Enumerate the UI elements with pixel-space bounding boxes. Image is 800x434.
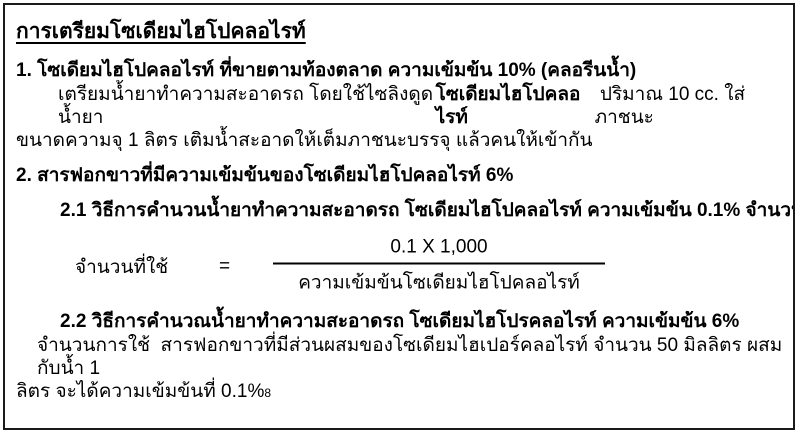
- formula-numerator: 0.1 X 1,000: [273, 237, 605, 265]
- formula-label: จำนวนที่ใช้: [75, 252, 168, 282]
- section-1-body-line-1: เตรียมน้ำยาทำความสะอาดรถ โดยใช้ไซลิงดูดน…: [16, 89, 783, 124]
- section-2-2-body-line-2-text: ลิตร จะได้ความเข้มข้นที่ 0.1%: [16, 381, 264, 404]
- section-2-2-heading-text: 2.2 วิธีการคำนวณน้ำยาทำความสะอาดรถ โซเดี…: [60, 311, 739, 334]
- section-1-heading-text: 1. โซเดียมไฮโปคลอไรท์ ที่ขายตามท้องตลาด …: [16, 60, 636, 83]
- formula-equals-sign: =: [219, 256, 230, 278]
- document-title: การเตรียมโซเดียมไฮโปคลอไรท์: [16, 19, 306, 44]
- section-1-body-line-1-pre: เตรียมน้ำยาทำความสะอาดรถ โดยใช้ไซลิงดูดน…: [58, 84, 436, 130]
- formula-denominator: ความเข้มข้นโซเดียมไฮโปคลอไรท์: [273, 265, 605, 298]
- section-2-heading: 2. สารฟอกขาวที่มีความเข้มข้นของโซเดียมไฮ…: [16, 159, 783, 194]
- document-page: การเตรียมโซเดียมไฮโปคลอไรท์ 1. โซเดียมไฮ…: [0, 0, 800, 434]
- section-2-2-body-line-1-text: จำนวนการใช้ สารฟอกขาวที่มีส่วนผสมของโซเด…: [37, 335, 783, 381]
- formula-fraction: 0.1 X 1,000 ความเข้มข้นโซเดียมไฮโปคลอไรท…: [273, 237, 605, 298]
- section-2-1-heading-text: 2.1 วิธีการคำนวนน้ำยาทำความสะอาดรถ โซเดี…: [60, 200, 795, 223]
- section-2-heading-text: 2. สารฟอกขาวที่มีความเข้มข้นของโซเดียมไฮ…: [16, 165, 513, 188]
- title-row: การเตรียมโซเดียมไฮโปคลอไรท์: [16, 10, 783, 54]
- section-2-2-body-line-1: จำนวนการใช้ สารฟอกขาวที่มีส่วนผสมของโซเด…: [16, 340, 783, 375]
- formula-block: จำนวนที่ใช้ = 0.1 X 1,000 ความเข้มข้นโซเ…: [16, 229, 783, 305]
- section-1-body-line-2-text: ขนาดความจุ 1 ลิตร เติมน้ำสะอาดให้เต็มภาช…: [16, 130, 593, 153]
- section-2-1-heading: 2.1 วิธีการคำนวนน้ำยาทำความสะอาดรถ โซเดี…: [16, 194, 783, 229]
- section-1-body-line-1-post: ปริมาณ 10 cc. ใส่ภาชนะ: [595, 84, 783, 130]
- section-1-body-line-1-bold: โซเดียมไฮโปคลอไรท์: [436, 84, 595, 130]
- document-border-frame: การเตรียมโซเดียมไฮโปคลอไรท์ 1. โซเดียมไฮ…: [3, 3, 795, 430]
